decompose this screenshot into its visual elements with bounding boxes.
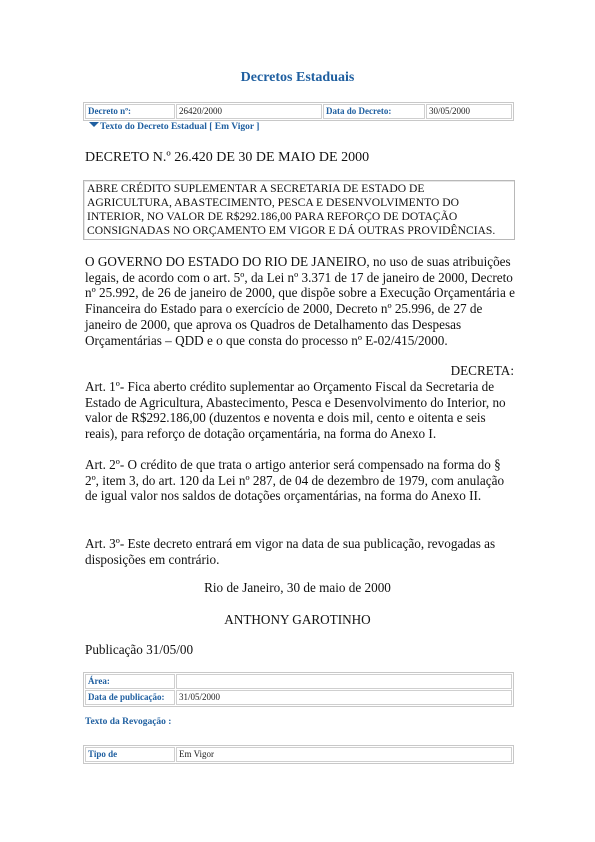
type-table: Tipo de Em Vigor — [83, 745, 514, 764]
decreta-label: DECRETA: — [85, 363, 514, 379]
decree-text-toggle[interactable]: Texto do Decreto Estadual [ Em Vigor ] — [89, 122, 259, 132]
decree-date-label: Data do Decreto: — [323, 104, 425, 119]
article-3: Art. 3º- Este decreto entrará em vigor n… — [85, 536, 515, 567]
publication-note: Publicação 31/05/00 — [85, 642, 193, 658]
decree-heading: DECRETO N.º 26.420 DE 30 DE MAIO DE 2000 — [85, 150, 369, 166]
area-value — [176, 674, 512, 689]
type-label: Tipo de — [85, 747, 175, 762]
decree-number-value: 26420/2000 — [176, 104, 322, 119]
publication-date-label: Data de publicação: — [85, 690, 175, 705]
signature: ANTHONY GAROTINHO — [0, 612, 595, 628]
type-value: Em Vigor — [176, 747, 512, 762]
decree-text-toggle-label: Texto do Decreto Estadual [ Em Vigor ] — [100, 122, 259, 132]
area-label: Área: — [85, 674, 175, 689]
revocation-label: Texto da Revogação : — [85, 717, 171, 727]
decree-ementa: ABRE CRÉDITO SUPLEMENTAR A SECRETARIA DE… — [83, 180, 515, 240]
decree-number-label: Decreto nº: — [85, 104, 175, 119]
decree-date-value: 30/05/2000 — [426, 104, 512, 119]
article-1: Art. 1º- Fica aberto crédito suplementar… — [85, 379, 515, 442]
article-2: Art. 2º- O crédito de que trata o artigo… — [85, 457, 515, 504]
publication-meta-table: Área: Data de publicação: 31/05/2000 — [83, 672, 514, 707]
publication-date-value: 31/05/2000 — [176, 690, 512, 705]
decree-info-table: Decreto nº: 26420/2000 Data do Decreto: … — [83, 102, 514, 121]
triangle-down-icon — [89, 122, 99, 127]
decree-preamble: O GOVERNO DO ESTADO DO RIO DE JANEIRO, n… — [85, 254, 515, 348]
page-title: Decretos Estaduais — [0, 70, 595, 86]
place-date: Rio de Janeiro, 30 de maio de 2000 — [0, 580, 595, 596]
